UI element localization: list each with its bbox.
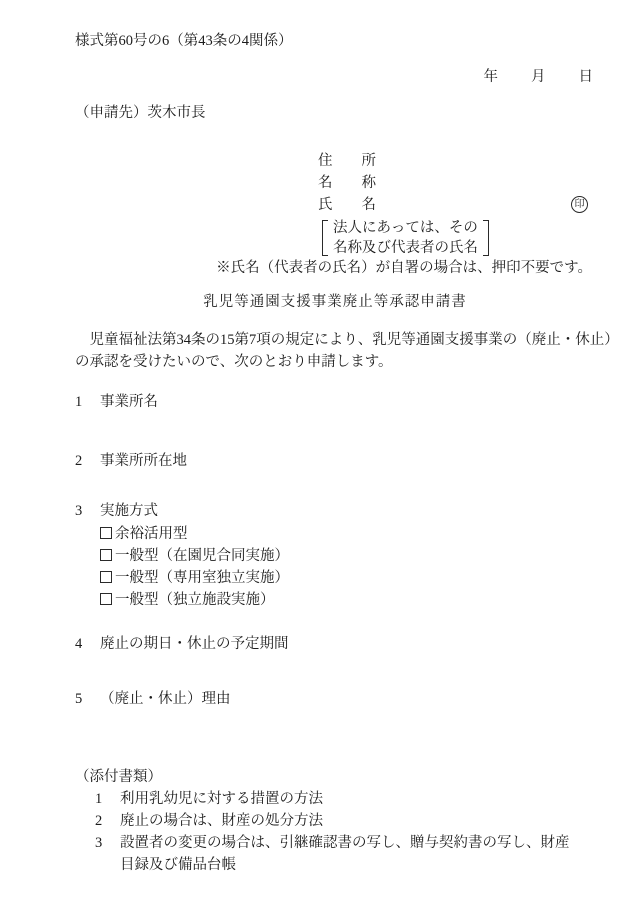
- year-label: 年: [484, 69, 499, 85]
- section-item-number: 2: [75, 450, 100, 472]
- section-item-label: 事業所名: [100, 394, 158, 410]
- attachments-heading: （添付書類）: [75, 766, 595, 788]
- corporate-note: 法人にあっては、その 名称及び代表者の氏名: [322, 218, 489, 258]
- section-business-name: 1事業所名: [75, 391, 595, 413]
- corporate-note-line2: 名称及び代表者の氏名: [333, 238, 478, 258]
- option-row: 一般型（専用室独立実施）: [100, 567, 595, 589]
- section-item-number: 4: [75, 633, 100, 655]
- body-paragraph: 児童福祉法第34条の15第7項の規定により、乳児等通園支援事業の（廃止・休止） …: [75, 329, 595, 373]
- option-row: 一般型（独立施設実施）: [100, 589, 595, 611]
- attachment-item-text: 廃止の場合は、財産の処分方法: [120, 810, 323, 832]
- date-line: 年月日: [75, 66, 595, 88]
- attachment-item-text: 利用乳幼児に対する措置の方法: [120, 788, 323, 810]
- attachment-item-text: 設置者の変更の場合は、引継確認書の写し、贈与契約書の写し、財産目録及び備品台帳: [120, 832, 582, 876]
- body-line: 児童福祉法第34条の15第7項の規定により、乳児等通園支援事業の（廃止・休止）: [75, 329, 595, 351]
- checkbox-ippan-zaienji-godo[interactable]: [100, 549, 112, 561]
- attachments-block: （添付書類） 1 利用乳幼児に対する措置の方法 2 廃止の場合は、財産の処分方法…: [75, 766, 595, 876]
- attachment-item-number: 3: [95, 832, 120, 876]
- attachment-item: 2 廃止の場合は、財産の処分方法: [95, 810, 595, 832]
- attachment-item: 3 設置者の変更の場合は、引継確認書の写し、贈与契約書の写し、財産目録及び備品台…: [95, 832, 595, 876]
- applicant-block: 住 所 名 称 氏 名 印: [318, 150, 595, 216]
- section-item-label: （廃止・休止）理由: [100, 691, 231, 707]
- section-item-label: 実施方式: [100, 503, 158, 519]
- checkbox-ippan-senyoshitsu-dokuritsu[interactable]: [100, 571, 112, 583]
- signature-note: ※氏名（代表者の氏名）が自署の場合は、押印不要です。: [75, 257, 595, 279]
- section-implementation-method: 3実施方式: [75, 500, 595, 522]
- section-abolition-date: 4廃止の期日・休止の予定期間: [75, 633, 595, 655]
- checkbox-ippan-dokuritsu-shisetsu[interactable]: [100, 593, 112, 605]
- person-name-line: 氏 名 印: [318, 194, 595, 216]
- implementation-options: 余裕活用型 一般型（在園児合同実施） 一般型（専用室独立実施） 一般型（独立施設…: [100, 523, 595, 611]
- document-page: 様式第60号の6（第43条の4関係） 年月日 （申請先）茨木市長 住 所 名 称…: [0, 0, 630, 903]
- section-item-number: 1: [75, 391, 100, 413]
- corporate-note-text: 法人にあっては、その 名称及び代表者の氏名: [328, 218, 483, 258]
- day-label: 日: [579, 69, 594, 85]
- option-row: 一般型（在園児合同実施）: [100, 545, 595, 567]
- checkbox-yoyu-katsuyo-gata[interactable]: [100, 527, 112, 539]
- section-reason: 5（廃止・休止）理由: [75, 688, 595, 710]
- addressee: （申請先）茨木市長: [75, 102, 595, 124]
- body-line: の承認を受けたいので、次のとおり申請します。: [75, 351, 595, 373]
- attachment-item: 1 利用乳幼児に対する措置の方法: [95, 788, 595, 810]
- seal-stamp-icon: 印: [571, 196, 588, 213]
- month-label: 月: [531, 69, 546, 85]
- option-label: 一般型（在園児合同実施）: [115, 548, 289, 564]
- option-label: 一般型（専用室独立実施）: [115, 570, 289, 586]
- section-item-number: 3: [75, 500, 100, 522]
- option-label: 余裕活用型: [115, 526, 188, 542]
- option-row: 余裕活用型: [100, 523, 595, 545]
- document-title: 乳児等通園支援事業廃止等承認申請書: [75, 291, 595, 313]
- person-name-label: 氏 名: [318, 197, 376, 213]
- bracket-right-icon: [483, 220, 489, 256]
- option-label: 一般型（独立施設実施）: [115, 592, 275, 608]
- attachment-item-number: 1: [95, 788, 120, 810]
- corporate-note-line1: 法人にあっては、その: [333, 218, 478, 238]
- form-number: 様式第60号の6（第43条の4関係）: [75, 30, 595, 52]
- address-label: 住 所: [318, 150, 595, 172]
- section-item-label: 事業所所在地: [100, 453, 187, 469]
- section-item-label: 廃止の期日・休止の予定期間: [100, 636, 289, 652]
- section-item-number: 5: [75, 688, 100, 710]
- section-business-address: 2事業所所在地: [75, 450, 595, 472]
- attachment-item-number: 2: [95, 810, 120, 832]
- org-name-label: 名 称: [318, 172, 595, 194]
